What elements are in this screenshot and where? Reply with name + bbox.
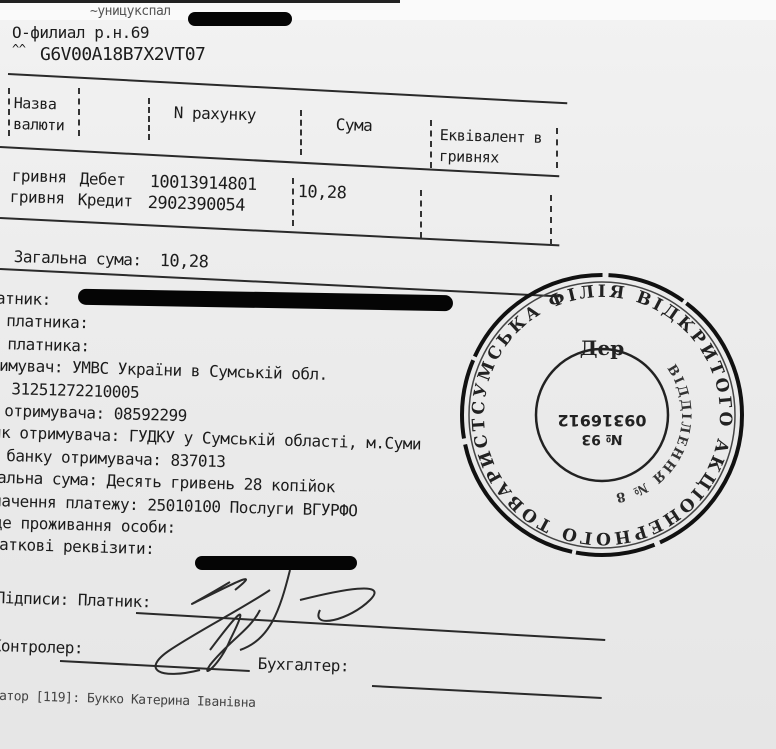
col-divider	[556, 128, 558, 168]
total-value: 10,28	[159, 251, 208, 272]
accountant-signature-line	[372, 685, 602, 699]
row1-currency: гривня	[11, 166, 66, 187]
operator-line: Оператор [119]: Букко Катерина Іванівна	[0, 688, 256, 711]
detail-line: Код отримувача: 08592299	[0, 400, 187, 425]
row2-currency: гривня	[9, 187, 64, 208]
detail-line: Місце проживання особи:	[0, 512, 176, 537]
svg-text:ВІДДІЛЕННЯ № 8: ВІДДІЛЕННЯ № 8	[613, 362, 693, 505]
col-divider	[78, 88, 80, 136]
stamp-inner-text: ВІДДІЛЕННЯ № 8	[613, 362, 693, 505]
col-divider	[430, 120, 432, 168]
redaction-address	[195, 556, 357, 570]
col-header-equivalent: Еквівалент в гривнях	[439, 125, 550, 170]
branch-label: О-филиал р.н.69	[12, 23, 149, 42]
document-code: G6V00A18B7X2VT07	[40, 44, 205, 65]
signatures-label: Підписи: Платник:	[0, 588, 151, 611]
table-rows-line	[0, 217, 559, 246]
col-divider	[148, 98, 150, 140]
col-divider	[292, 178, 294, 226]
col-divider	[300, 110, 302, 155]
redaction	[188, 12, 292, 26]
row1-amount: 10,28	[297, 182, 346, 203]
detail-line: Додаткові реквізити:	[0, 534, 155, 558]
bank-stamp: СУМСЬКА ФІЛІЯ ВІДКРИТОГО АКЦІОНЕРНОГО ТО…	[452, 270, 752, 560]
row1-account: 10013914801	[149, 172, 257, 195]
col-divider	[550, 195, 552, 245]
table-top-line	[8, 73, 567, 104]
col-header-amount: Сума	[335, 115, 372, 135]
stamp-code: 09316912	[557, 411, 646, 430]
top-border	[0, 0, 400, 3]
col-header-account: N рахунку	[173, 103, 256, 124]
row1-type: Дебет	[79, 169, 125, 189]
stamp-number: № 93	[581, 431, 622, 447]
scanned-receipt: ~уницукспал О-филиал р.н.69 ^^ G6V00A18B…	[0, 0, 776, 749]
handwritten-signature	[140, 570, 410, 680]
row2-type: Кредит	[77, 190, 132, 211]
detail-line: Р/р: 31251272210005	[0, 378, 139, 402]
detail-line: Платник:	[0, 288, 51, 309]
total-label: Загальна сума:	[13, 247, 141, 270]
controller-label: Контролер:	[0, 636, 83, 658]
col-divider	[8, 88, 10, 136]
stamp-top-word: Дер	[580, 336, 625, 360]
header-line1: ~уницукспал	[90, 4, 171, 19]
detail-line: Код банку отримувача: 837013	[0, 445, 226, 471]
col-divider	[420, 190, 422, 238]
row2-account: 2902390054	[147, 193, 245, 216]
detail-line: Код платника:	[0, 310, 89, 332]
detail-line: Банк платника:	[0, 333, 90, 356]
code-prefix: ^^	[12, 42, 25, 56]
redaction-payer	[78, 289, 453, 312]
col-header-currency: Назва валюти	[13, 93, 74, 137]
